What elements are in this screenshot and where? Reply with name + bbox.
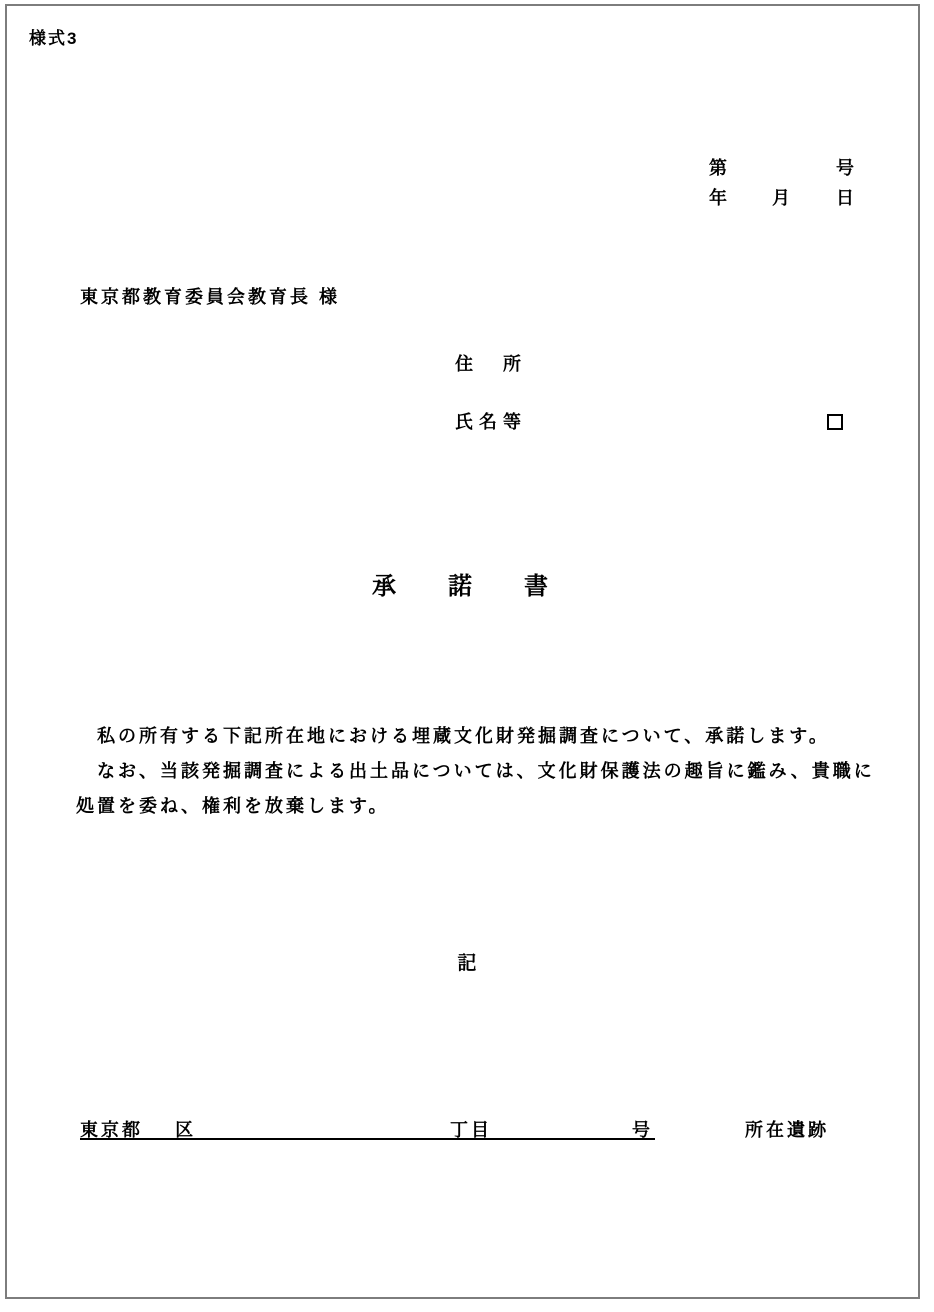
body-paragraph: 私の所有する下記所在地における埋蔵文化財発掘調査について、承諾します。 なお、当…	[76, 719, 894, 824]
chome-label: 丁目	[450, 1116, 492, 1142]
prefecture-label: 東京都	[80, 1116, 143, 1142]
ward-label: 区	[175, 1116, 196, 1142]
document-title: 承 諾 書	[0, 566, 934, 601]
date-year-label: 年	[709, 188, 730, 209]
doc-number-gou-label: 号	[836, 158, 857, 179]
name-label: 氏名等	[455, 412, 527, 433]
doc-number-dai-label: 第	[709, 158, 730, 179]
body-line: なお、当該発掘調査による出土品については、文化財保護法の趣旨に鑑み、貴職に	[76, 754, 894, 789]
date-day-label: 日	[836, 188, 857, 209]
number-label: 号	[632, 1116, 653, 1142]
note-marker: 記	[0, 948, 934, 975]
location-underline: 東京都 区 丁目 号	[80, 1114, 655, 1140]
site-label: 所在遺跡	[745, 1116, 829, 1142]
document-page: 様式3 第 号 年 月 日 東京都教育委員会教育長 様 住 所 氏名等 承 諾 …	[0, 0, 934, 1312]
date-month-label: 月	[772, 188, 793, 209]
seal-box-icon	[827, 414, 843, 430]
address-label: 住 所	[455, 354, 527, 375]
form-label: 様式3	[29, 28, 78, 49]
addressee: 東京都教育委員会教育長 様	[80, 287, 340, 308]
body-line: 処置を委ね、権利を放棄します。	[76, 789, 894, 824]
body-line: 私の所有する下記所在地における埋蔵文化財発掘調査について、承諾します。	[76, 719, 894, 754]
